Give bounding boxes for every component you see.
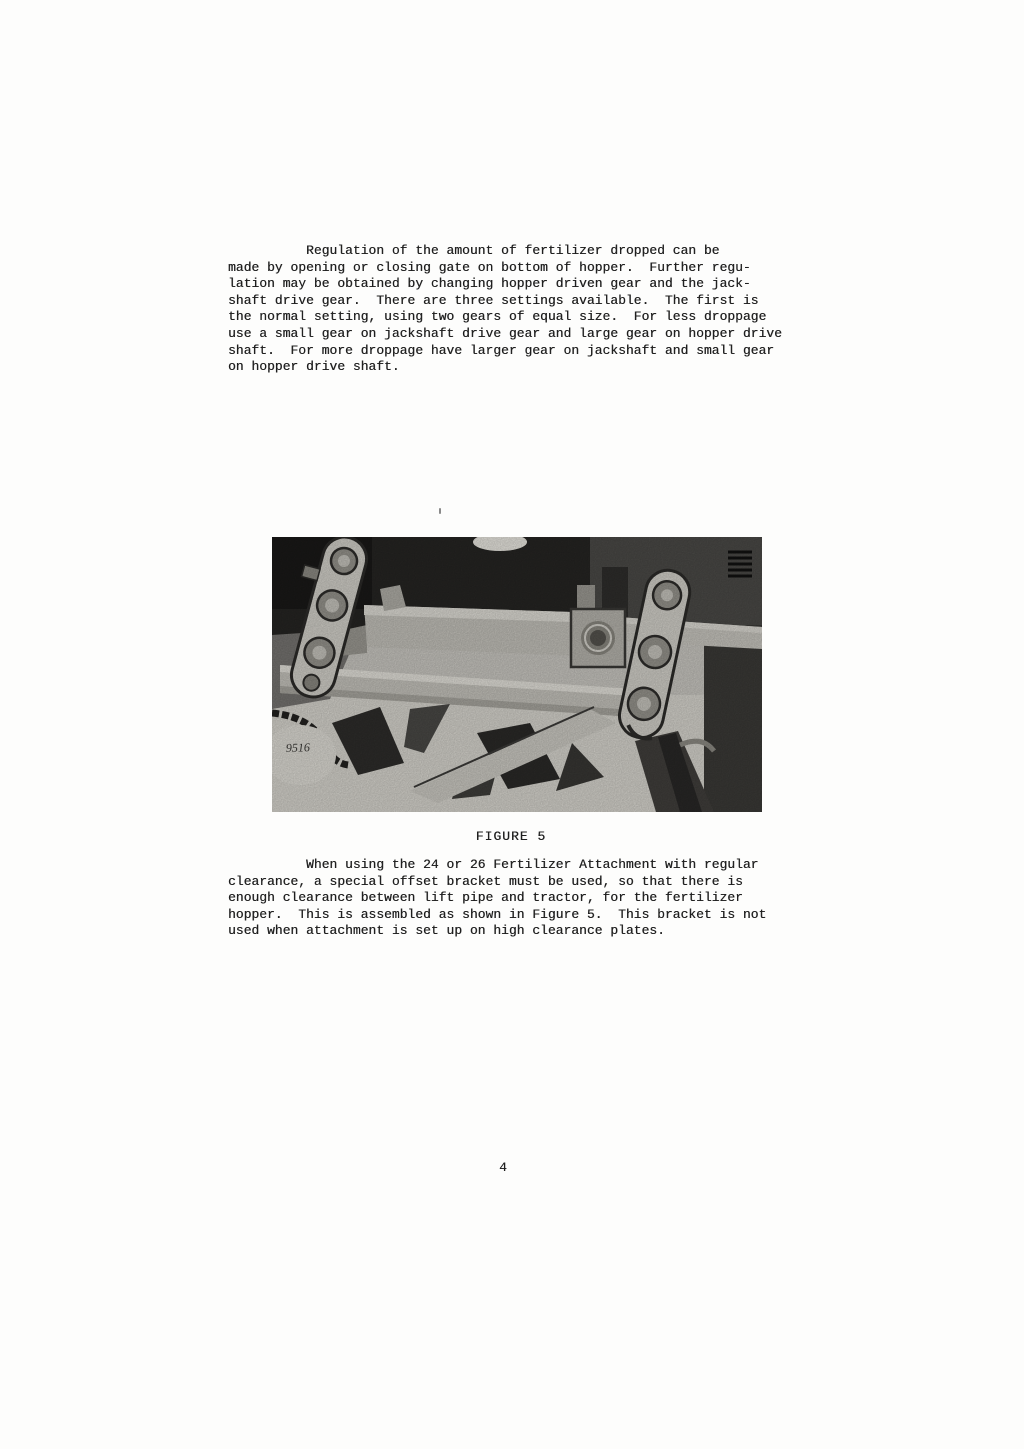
text-line: on hopper drive shaft. (228, 359, 782, 376)
halftone-grain-overlay (272, 537, 762, 812)
document-page: Regulation of the amount of fertilizer d… (0, 0, 1024, 1449)
text-line: lation may be obtained by changing hoppe… (228, 276, 782, 293)
text-line: shaft drive gear. There are three settin… (228, 293, 782, 310)
text-line: used when attachment is set up on high c… (228, 923, 766, 940)
text-line: use a small gear on jackshaft drive gear… (228, 326, 782, 343)
text-line: made by opening or closing gate on botto… (228, 260, 782, 277)
body-paragraph-1: Regulation of the amount of fertilizer d… (228, 243, 782, 376)
text-line: hopper. This is assembled as shown in Fi… (228, 907, 766, 924)
figure-caption: FIGURE 5 (228, 829, 794, 844)
page-number: 4 (228, 1160, 778, 1175)
text-line: the normal setting, using two gears of e… (228, 309, 782, 326)
text-line: Regulation of the amount of fertilizer d… (228, 243, 782, 260)
text-line: When using the 24 or 26 Fertilizer Attac… (228, 857, 766, 874)
scan-artifact (439, 508, 441, 514)
text-line: shaft. For more droppage have larger gea… (228, 343, 782, 360)
text-line: enough clearance between lift pipe and t… (228, 890, 766, 907)
body-paragraph-2: When using the 24 or 26 Fertilizer Attac… (228, 857, 766, 940)
figure-5-photo: 9516 (272, 537, 762, 812)
text-line: clearance, a special offset bracket must… (228, 874, 766, 891)
